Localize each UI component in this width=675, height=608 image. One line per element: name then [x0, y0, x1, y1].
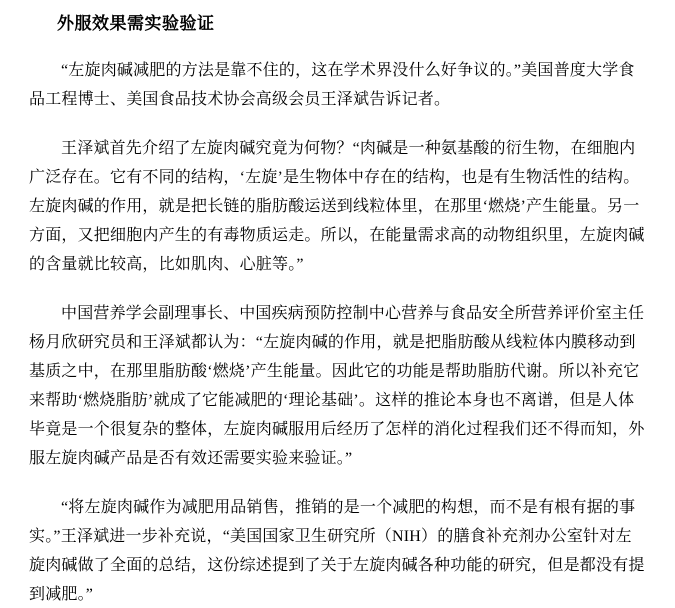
article-paragraph-4: “将左旋肉碱作为减肥用品销售，推销的是一个减肥的构想，而不是有根有据的事实。”王… [29, 493, 646, 608]
article-paragraph-1: “左旋肉碱减肥的方法是靠不住的，这在学术界没什么好争议的。”美国普度大学食品工程… [29, 56, 646, 114]
article-paragraph-3: 中国营养学会副理事长、中国疾病预防控制中心营养与食品安全所营养评价室主任杨月欣研… [29, 299, 646, 473]
article-heading: 外服效果需实验验证 [29, 12, 646, 36]
document-page: 外服效果需实验验证 “左旋肉碱减肥的方法是靠不住的，这在学术界没什么好争议的。”… [0, 0, 675, 608]
article-paragraph-2: 王泽斌首先介绍了左旋肉碱究竟为何物？“肉碱是一种氨基酸的衍生物，在细胞内广泛存在… [29, 134, 646, 279]
